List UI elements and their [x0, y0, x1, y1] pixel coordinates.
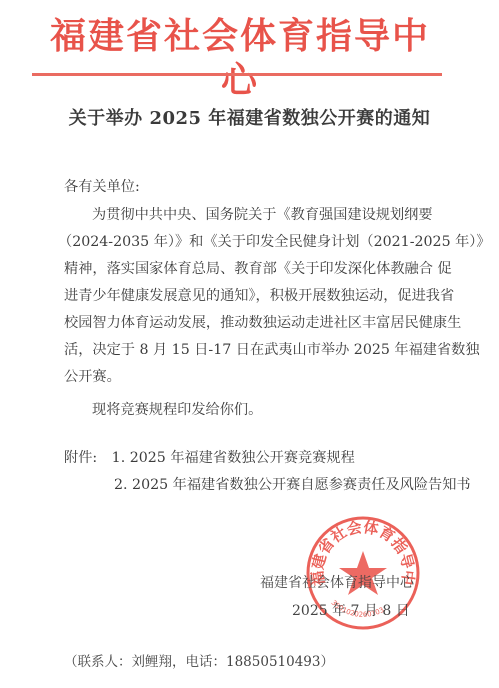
- attachment-item: 1. 2025 年福建省数独公开赛竞赛规程: [112, 450, 355, 466]
- salutation: 各有关单位:: [64, 176, 140, 196]
- header-red-rule: [32, 73, 442, 76]
- body-paragraph: 为贯彻中共中央、国务院关于《教育强国建设规划纲要 （2024-2035 年）》和…: [64, 202, 464, 424]
- contact-info: （联系人：刘鲤翔，电话：18850510493）: [64, 650, 334, 670]
- paragraph-line: 为贯彻中共中央、国务院关于《教育强国建设规划纲要: [64, 202, 464, 229]
- attachment-item: 2. 2025 年福建省数独公开赛自愿参赛责任及风险告知书: [64, 472, 464, 499]
- paragraph-line: 公开赛。: [64, 364, 464, 391]
- attachments: 附件: 1. 2025 年福建省数独公开赛竞赛规程 2. 2025 年福建省数独…: [64, 445, 464, 499]
- paragraph-line: 进青少年健康发展意见的通知》，积极开展数独运动，促进我省: [64, 283, 464, 310]
- notice-line: 现将竞赛规程印发给你们。: [64, 397, 464, 424]
- signature-org: 福建省社会体育指导中心: [260, 572, 414, 592]
- paragraph-line: 活，决定于 8 月 15 日-17 日在武夷山市举办 2025 年福建省数独: [64, 337, 464, 364]
- attachments-label: 附件:: [64, 450, 97, 466]
- org-header: 福建省社会体育指导中心: [40, 14, 440, 102]
- paragraph-line: 校园智力体育运动发展，推动数独运动走进社区丰富居民健康生: [64, 310, 464, 337]
- document-title: 关于举办 2025 年福建省数独公开赛的通知: [0, 104, 499, 130]
- paragraph-line: 精神，落实国家体育总局、教育部《关于印发深化体教融合 促: [64, 256, 464, 283]
- signature-date: 2025 年 7 月 8 日: [292, 600, 410, 620]
- paragraph-line: （2024-2035 年）》和《关于印发全民健身计划（2021-2025 年）》: [58, 229, 464, 256]
